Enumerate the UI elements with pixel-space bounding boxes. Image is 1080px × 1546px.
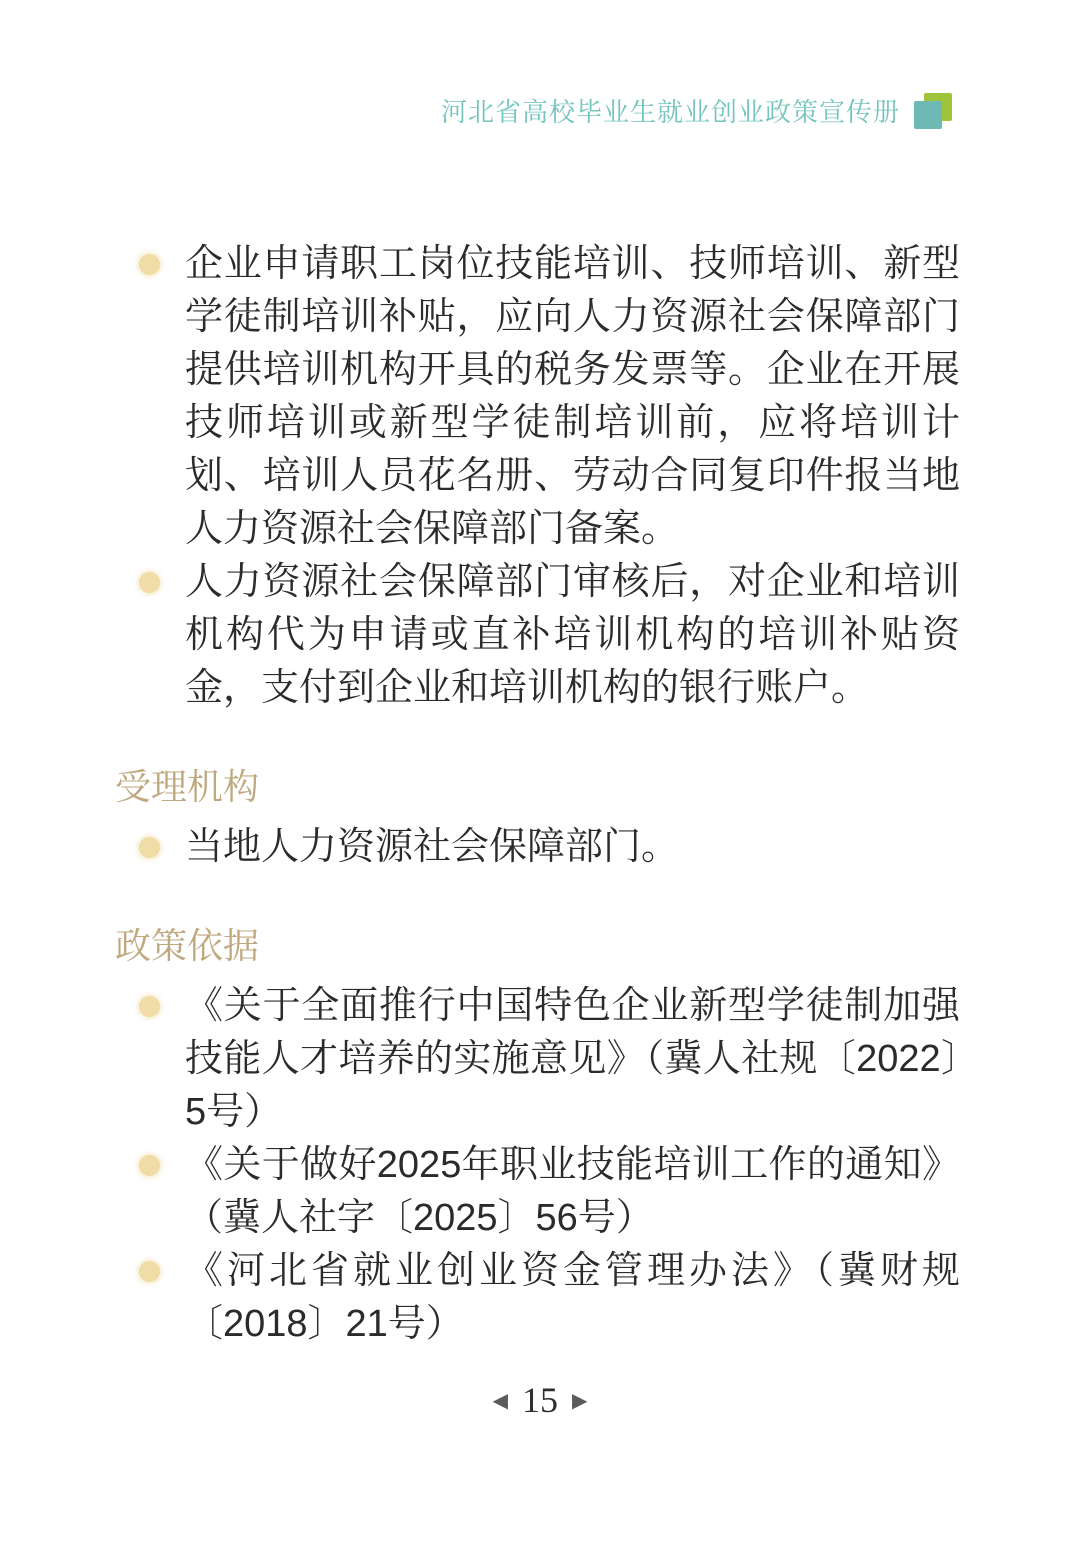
section-heading-policy-basis: 政策依据 (115, 924, 960, 967)
bullet-text: 当地人力资源社会保障部门。 (185, 821, 960, 874)
bullet-dot-icon (139, 996, 160, 1017)
list-item: 企业申请职工岗位技能培训、技师培训、新型学徒制培训补贴，应向人力资源社会保障部门… (115, 238, 960, 556)
accepting-agency-list: 当地人力资源社会保障部门。 (115, 821, 960, 874)
bullet-dot-icon (139, 1261, 160, 1282)
header-title: 河北省高校毕业生就业创业政策宣传册 (441, 92, 900, 129)
list-item: 《关于全面推行中国特色企业新型学徒制加强技能人才培养的实施意见》（冀人社规〔20… (115, 980, 960, 1139)
next-page-icon: ▶ (572, 1390, 587, 1410)
bullet-text: 《关于全面推行中国特色企业新型学徒制加强技能人才培养的实施意见》（冀人社规〔20… (185, 980, 960, 1139)
overlapping-squares-icon (914, 93, 952, 129)
bullet-text: 《河北省就业创业资金管理办法》（冀财规〔2018〕21号） (185, 1245, 960, 1351)
list-item: 《关于做好2025年职业技能培训工作的通知》（冀人社字〔2025〕56号） (115, 1139, 960, 1245)
bullet-dot-icon (139, 572, 160, 593)
page-footer: ◀ 15 ▶ (0, 1382, 1080, 1418)
prev-page-icon: ◀ (493, 1390, 508, 1410)
bullet-dot-icon (139, 837, 160, 858)
bullet-text: 《关于做好2025年职业技能培训工作的通知》（冀人社字〔2025〕56号） (185, 1139, 960, 1245)
bullet-text: 企业申请职工岗位技能培训、技师培训、新型学徒制培训补贴，应向人力资源社会保障部门… (185, 238, 960, 556)
brochure-page: 河北省高校毕业生就业创业政策宣传册 企业申请职工岗位技能培训、技师培训、新型学徒… (0, 0, 1080, 1546)
page-number: 15 (522, 1382, 558, 1418)
list-item: 《河北省就业创业资金管理办法》（冀财规〔2018〕21号） (115, 1245, 960, 1351)
section-heading-accepting-agency: 受理机构 (115, 765, 960, 808)
list-item: 人力资源社会保障部门审核后，对企业和培训机构代为申请或直补培训机构的培训补贴资金… (115, 556, 960, 715)
bullet-dot-icon (139, 254, 160, 275)
list-item: 当地人力资源社会保障部门。 (115, 821, 960, 874)
page-content: 企业申请职工岗位技能培训、技师培训、新型学徒制培训补贴，应向人力资源社会保障部门… (115, 238, 960, 1351)
teal-square-icon (914, 101, 942, 129)
bullet-dot-icon (139, 1155, 160, 1176)
main-bullet-list: 企业申请职工岗位技能培训、技师培训、新型学徒制培训补贴，应向人力资源社会保障部门… (115, 238, 960, 715)
page-header: 河北省高校毕业生就业创业政策宣传册 (441, 92, 952, 129)
bullet-text: 人力资源社会保障部门审核后，对企业和培训机构代为申请或直补培训机构的培训补贴资金… (185, 556, 960, 715)
policy-basis-list: 《关于全面推行中国特色企业新型学徒制加强技能人才培养的实施意见》（冀人社规〔20… (115, 980, 960, 1351)
